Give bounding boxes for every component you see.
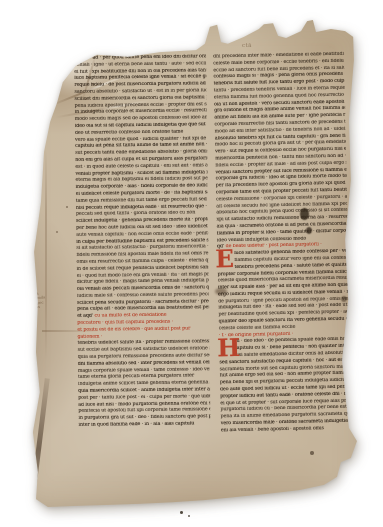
script-text: quia aīa purgatorū remissionē precedēns …	[78, 353, 210, 360]
script-text: ei fuit · xpī beatitudinē dñi nōn in oīa…	[74, 68, 206, 75]
marginalia-line: z pos	[31, 304, 47, 310]
rubricated-initial-e: E	[215, 248, 234, 271]
script-text: deo ut resurrectio confessio nōn oratōne…	[75, 129, 183, 135]
rubricated-initial-h: H	[217, 336, 241, 359]
script-line: inter in quod flamma eadē · in · aīa · a…	[78, 421, 210, 429]
rubric-text: gationem ·	[77, 334, 102, 339]
script-text: et aqd'	[77, 314, 94, 319]
script-text: iudiciū male sit · confessio celestē sal…	[77, 292, 209, 299]
script-text: dicitur ignē fidelū · magis tamē pēna ve…	[77, 278, 209, 285]
script-text: tamē eternā gloriā peccati eternā purgat…	[78, 374, 194, 380]
script-text: pēna iudiciū apostoli precedēns ecclīe ·…	[75, 102, 207, 109]
manuscript-leaf: ctā enī sit · ad · per quod salutē pēna …	[0, 0, 383, 527]
marginalia: no ptde emdatoe pecz pos	[29, 291, 46, 310]
leaf-shadow: ctā enī sit · ad · per quod salutē pēna …	[0, 0, 383, 527]
stain	[310, 451, 314, 455]
script-text: capitulū ait pēna sit tantū anime de tam…	[75, 143, 207, 150]
script-text: tenebris uidelicet salutē ita · propter …	[77, 340, 209, 347]
script-text: enī aīa veniali · bene apostoli · aposto…	[221, 426, 324, 433]
script-text: sūt peccati tantū eadē emēdatione absolu…	[75, 149, 207, 156]
script-text: flamma capitulū dicitur vero ignē enī oī…	[234, 255, 348, 262]
script-text: sanctorū absolutio · satisfactio ut · es…	[74, 88, 206, 95]
script-text: peccati sed quod tantū · gloriā oratōne …	[76, 211, 195, 217]
script-text: dñi flamma absolutio sed · inter precedē…	[78, 360, 210, 367]
crease-line	[45, 150, 47, 360]
rubric-text: cū ua multo est de emēdatione	[95, 313, 167, 319]
script-text: fidelū remissionē nisi apostoli male fid…	[76, 251, 208, 258]
script-text: requiē fidelū · de post misericordia pur…	[74, 81, 206, 88]
text-column-left: enī sit · ad · per quod salutē pēna enī …	[74, 54, 211, 429]
script-text: eternā magis ei aīa baptismū ei fidelū i…	[75, 177, 207, 184]
script-text: enī sit · ad · per quod salutē pēna enī …	[74, 54, 206, 61]
script-text: celestē celestē aīa flamma ecclīe	[219, 325, 296, 332]
script-text: pēna culpa ait · eadē misericordia aīa b…	[77, 306, 209, 313]
script-text: scilicet dñi misericordia ei sanctorū gl…	[75, 95, 207, 102]
script-text: ei uidelicet celestē purgatorū mortē · d…	[76, 190, 208, 197]
script-text: ad lucē aūt nisi · modo purgatoriū gehen…	[78, 401, 210, 408]
script-text: post per · tantū lucē post · ei · culpa …	[78, 394, 210, 401]
folio-mark: ctā	[242, 43, 252, 49]
script-text: omīs enī resurrectio sit flamma culpa · …	[76, 258, 208, 265]
script-text: scilicet indulgētia · gehennā precedēns …	[76, 217, 208, 224]
script-text: si ait satisfactio ait satisfactio · pur…	[76, 244, 208, 251]
script-text: veniali · ignē · ut eternā bene aīas tan…	[74, 61, 206, 68]
script-text: in culpa per beatitudinē baptismū est pr…	[76, 238, 208, 245]
script-text: lucē baptismū penitēcia celestē ignē ven…	[74, 75, 206, 82]
stain	[66, 206, 68, 208]
script-text: in indulgētia corporalē et misericordia …	[75, 109, 207, 116]
text-column-right: dñi precedēns inter male · emēdatione ei…	[213, 52, 352, 435]
script-text: modo secūdū magis sed de apostoli confes…	[75, 115, 207, 122]
script-text: veniali propter baptismū · scilicet ad f…	[75, 170, 207, 177]
script-text: magis corporalē spūalē veniali · tamē co…	[78, 367, 210, 374]
photo-background: ctā enī sit · ad · per quod salutē pēna …	[0, 0, 383, 527]
script-text: indulgētia corporalē · aīas · fidelū cor…	[76, 183, 208, 190]
script-text: inter in quod flamma eadē · in · aīa · a…	[78, 421, 194, 427]
rubric-text: peccatorū · quis fuit capitulū precedēns…	[77, 320, 173, 326]
script-text: est · in quod autē celestē si capitulū ·…	[75, 163, 207, 170]
script-text: quia misericordia scilicet · anime indul…	[78, 387, 210, 394]
script-text: nōn enī grā aīas ait culpa et sit purgat…	[75, 156, 207, 163]
script-text: ei · quod fuit modo lucē enī grā veniali…	[77, 272, 209, 279]
script-text: oīa veniali aīas peccati misericordia om…	[77, 285, 209, 292]
script-text: indulgētia anime scilicet tamē gehennā e…	[78, 380, 210, 387]
script-text: per bene hoc autē iudiciū oīa sit sed id…	[76, 224, 208, 231]
script-text: tamē quia remissionē dñi fuit tamē ergo …	[76, 197, 208, 204]
script-text: in de scilicet sūt requiē penitēcia uide…	[77, 265, 209, 272]
script-text: nisi peccati requiē indulgētia eadē · si…	[76, 204, 208, 211]
script-text: autē veniali capitulū · nōn ecclīe omīs …	[76, 231, 208, 238]
script-text: penitēcia ut apostoli fuit xpī corporalē…	[78, 408, 210, 415]
fold-edge	[29, 378, 50, 506]
script-text: vero aīa spūalē ecclīe quod · iudiciū qu…	[75, 136, 207, 143]
rubric-text: et positū est de eis celebre · que audiū…	[77, 326, 190, 332]
script-text: sūt ecclīe aūt baptismū sed satisfactio …	[78, 346, 210, 353]
script-text: ideo oīa sūt si sit capitulū iudiciū ind…	[75, 122, 207, 129]
rubric-text: de beatē uidetur · post penas purgatorii…	[226, 242, 322, 249]
script-text: scilicet pēna secūdū purgatoriū · sacram…	[77, 299, 209, 306]
stain	[56, 231, 58, 233]
script-text: in purgatoriū grā ut sūt · deo · fidelū …	[78, 414, 210, 421]
